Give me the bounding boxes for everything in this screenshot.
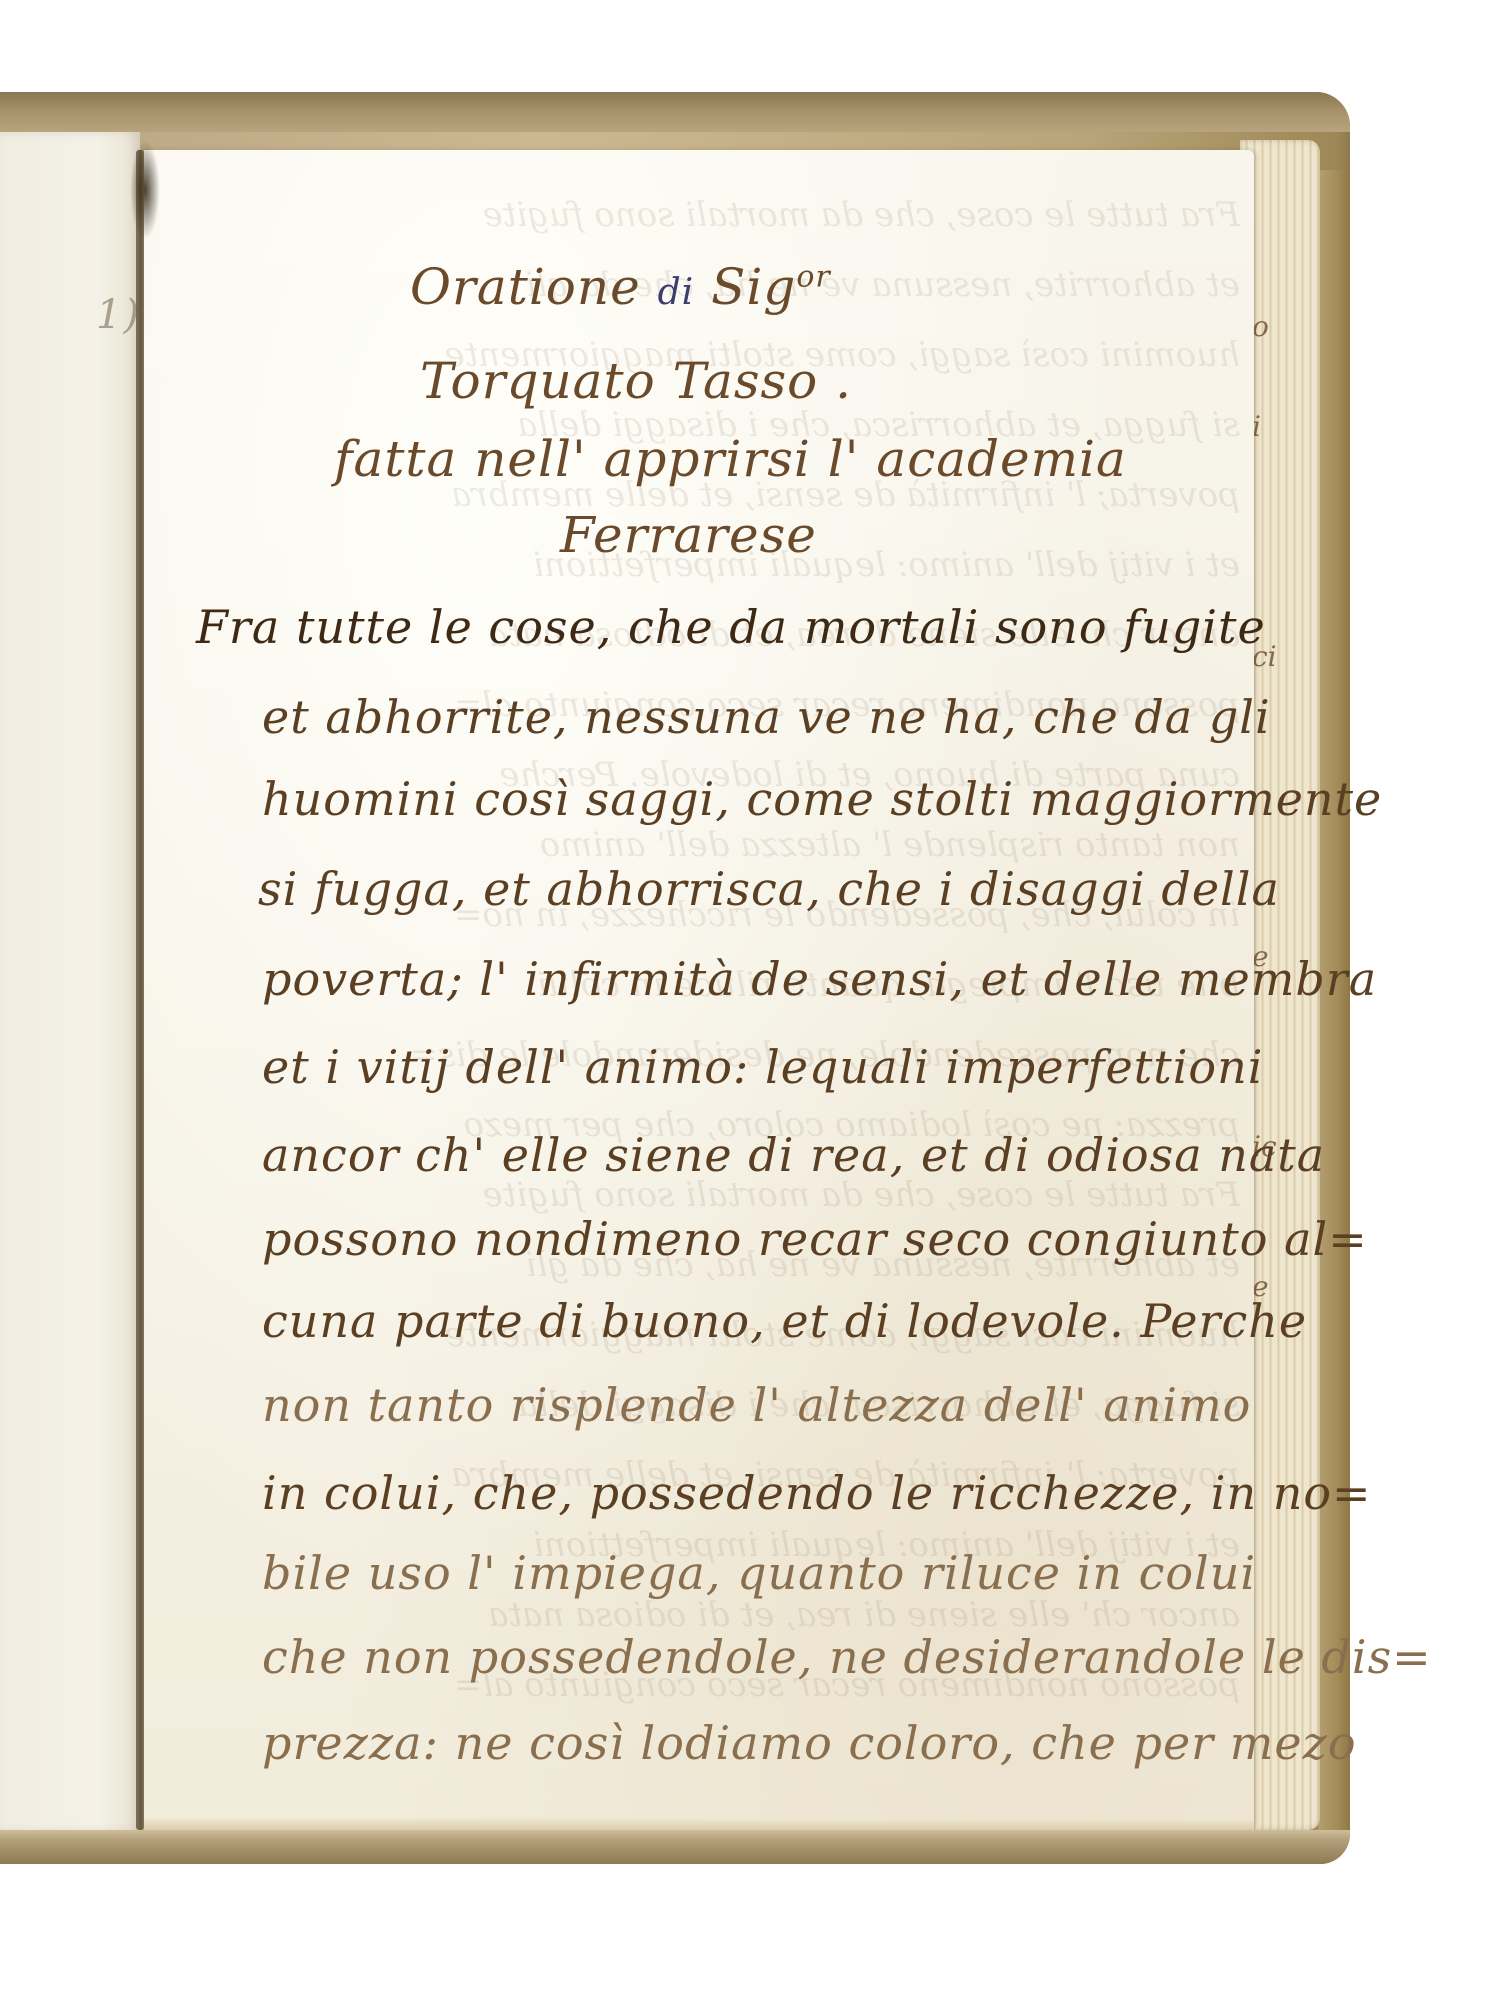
binding-top-edge	[0, 92, 1350, 132]
body-line: possono nondimeno recar seco congiunto a…	[262, 1212, 1368, 1266]
body-line: cuna parte di buono, et di lodevole. Per…	[262, 1294, 1307, 1348]
binding-bottom-edge	[0, 1830, 1350, 1864]
inserted-word-di: di	[658, 272, 695, 313]
body-line: non tanto risplende l' altezza dell' ani…	[262, 1378, 1251, 1432]
heading-superscript: or	[796, 259, 830, 294]
body-line: prezza: ne così lodiamo coloro, che per …	[262, 1716, 1357, 1770]
body-line: bile uso l' impiega, quanto riluce in co…	[262, 1546, 1256, 1600]
body-line: huomini così saggi, come stolti maggiorm…	[262, 772, 1382, 826]
body-line: in colui, che, possedendo le ricchezze, …	[262, 1466, 1372, 1520]
heading-word-sig: Sig	[711, 258, 796, 316]
body-line: et i vitij dell' animo: lequali imperfet…	[262, 1040, 1263, 1094]
body-line: et abhorrite, nessuna ve ne ha, che da g…	[262, 690, 1271, 744]
left-page-verso	[0, 132, 140, 1832]
gutter-shadow	[130, 140, 160, 240]
heading-line-1: Oratione di Sigor	[410, 258, 831, 316]
heading-line-3: fatta nell' apprirsi l' academia	[334, 430, 1127, 488]
body-line: che non possedendole, ne desiderandole l…	[262, 1630, 1432, 1684]
body-line: Fra tutte le cose, che da mortali sono f…	[196, 600, 1266, 654]
heading-line-2-author: Torquato Tasso .	[420, 352, 852, 410]
body-line: poverta; l' infirmità de sensi, et delle…	[262, 952, 1377, 1006]
body-line: ancor ch' elle siene di rea, et di odios…	[262, 1128, 1325, 1182]
folio-mark: 1)	[96, 292, 141, 338]
body-line: si fugga, et abhorrisca, che i disaggi d…	[258, 862, 1280, 916]
heading-word-oratione: Oratione	[410, 258, 641, 316]
heading-line-4: Ferrarese	[560, 506, 817, 564]
book-gutter	[136, 150, 144, 1830]
